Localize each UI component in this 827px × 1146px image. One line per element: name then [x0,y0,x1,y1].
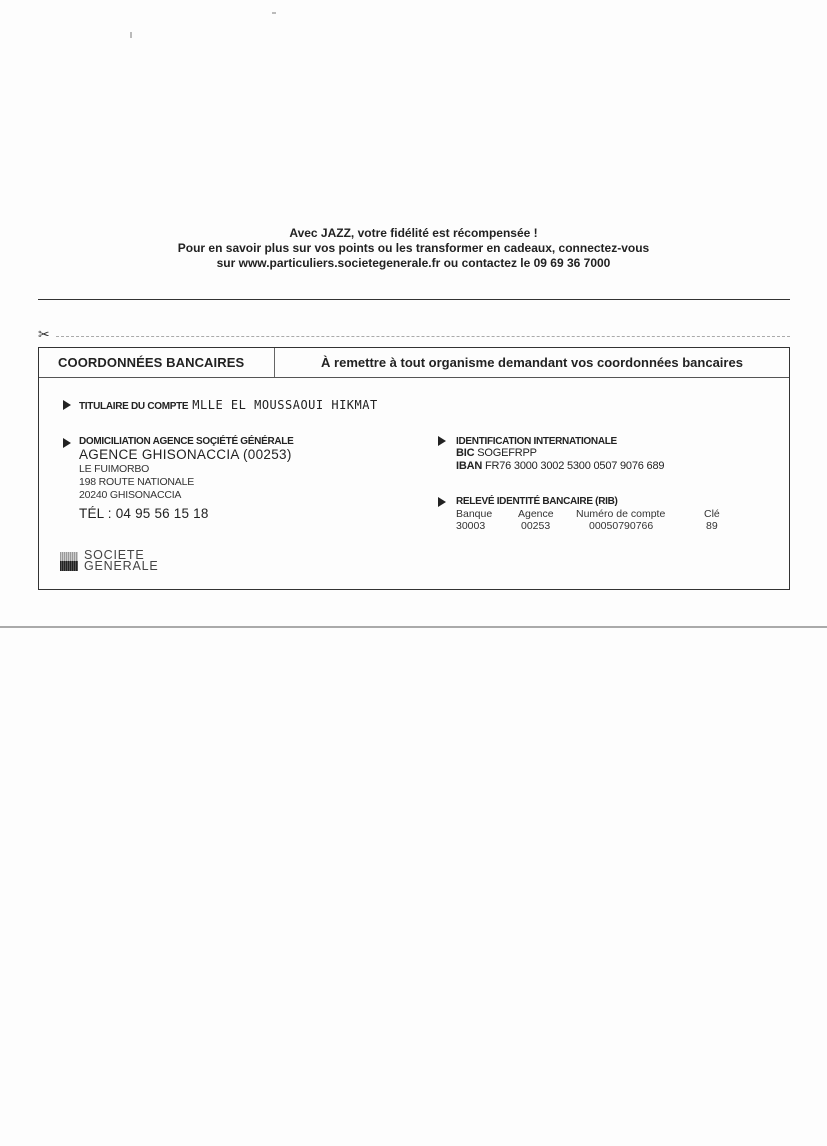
rib-header: Banque [456,508,518,520]
rib-table: Banque Agence Numéro de compte Clé 30003… [456,508,720,532]
scan-speck [272,12,276,14]
rib-header: Clé [704,508,720,520]
account-holder-name: MLLE EL MOUSSAOUI HIKMAT [192,398,377,412]
dashed-cut-guide [56,336,790,337]
scissors-icon: ✂ [38,326,50,343]
page-fold-line [0,626,827,628]
iban-line: IBAN FR76 3000 3002 5300 0507 9076 689 [456,460,664,473]
bullet-arrow-icon [63,438,71,448]
card-subtitle: À remettre à tout organisme demandant vo… [275,348,789,377]
rib-key: 89 [704,520,720,532]
promo-line-3: sur www.particuliers.societegenerale.fr … [0,256,827,271]
societe-generale-logo: SOCIETE GENERALE [60,550,158,572]
loyalty-promo: Avec JAZZ, votre fidélité est récompensé… [0,226,827,271]
top-divider [38,299,790,300]
account-holder: TITULAIRE DU COMPTE MLLE EL MOUSSAOUI HI… [79,398,378,412]
account-holder-label: TITULAIRE DU COMPTE [79,401,188,412]
iban-value: FR76 3000 3002 5300 0507 9076 689 [485,460,664,472]
domiciliation-label: DOMICILIATION AGENCE SOÇIÉTÉ GÉNÉRALE [79,436,293,447]
address-line: 198 ROUTE NATIONALE [79,476,293,489]
rib-account-number: 00050790766 [576,520,704,532]
rib-header: Agence [518,508,576,520]
rib-header: Numéro de compte [576,508,704,520]
agency-name: AGENCE GHISONACCIA (00253) [79,447,293,463]
bic-label: BIC [456,447,474,459]
address-line: LE FUIMORBO [79,463,293,476]
branch-domiciliation: DOMICILIATION AGENCE SOÇIÉTÉ GÉNÉRALE AG… [79,436,293,521]
bullet-arrow-icon [63,400,71,410]
rib-label: RELEVÉ IDENTITÉ BANCAIRE (RIB) [456,496,720,507]
card-header: COORDONNÉES BANCAIRES À remettre à tout … [39,348,789,378]
promo-line-1: Avec JAZZ, votre fidélité est récompensé… [0,226,827,241]
bic-value: SOGEFRPP [477,447,537,459]
bic-line: BIC SOGEFRPP [456,447,664,460]
iban-label: IBAN [456,460,482,472]
scan-speck [130,32,132,38]
international-identification: IDENTIFICATION INTERNATIONALE BIC SOGEFR… [456,436,664,473]
promo-line-2: Pour en savoir plus sur vos points ou le… [0,241,827,256]
rib-header-row: Banque Agence Numéro de compte Clé [456,508,720,520]
rib-agency-code: 00253 [518,520,576,532]
branch-phone: TÉL : 04 95 56 15 18 [79,506,293,521]
international-label: IDENTIFICATION INTERNATIONALE [456,436,664,447]
card-title: COORDONNÉES BANCAIRES [39,348,275,377]
rib-bank-code: 30003 [456,520,518,532]
rib-section: RELEVÉ IDENTITÉ BANCAIRE (RIB) Banque Ag… [456,496,720,532]
cut-line: ✂ [38,329,790,343]
logo-mark-icon [60,552,78,571]
rib-value-row: 30003 00253 00050790766 89 [456,520,720,532]
bullet-arrow-icon [438,436,446,446]
logo-text: SOCIETE GENERALE [84,550,158,572]
bank-details-card: COORDONNÉES BANCAIRES À remettre à tout … [38,347,790,590]
address-line: 20240 GHISONACCIA [79,489,293,502]
bullet-arrow-icon [438,497,446,507]
